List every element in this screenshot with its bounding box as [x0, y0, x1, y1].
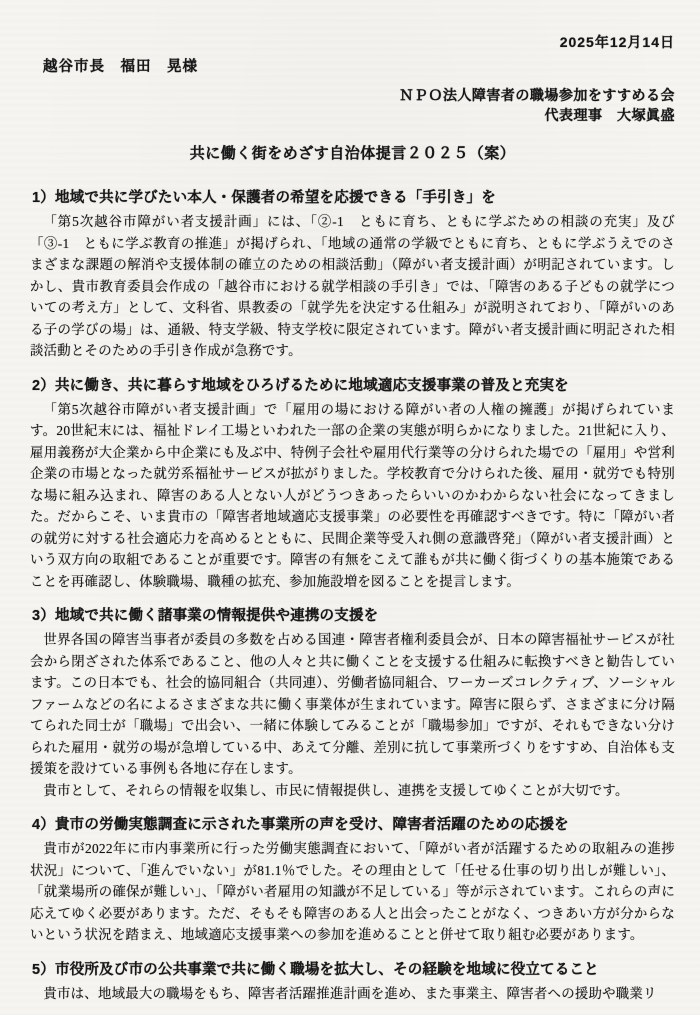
- document-title: 共に働く街をめざす自治体提言２０２５（案）: [30, 144, 675, 164]
- section-1-paragraph: 「第5次越谷市障がい者支援計画」には、「②-1 ともに育ち、ともに学ぶための相談…: [30, 211, 675, 362]
- section-2: 2）共に働き、共に暮らす地域をひろげるために地域適応支援事業の普及と充実を 「第…: [30, 376, 675, 593]
- recipient-name: 越谷市長 福田 晃様: [30, 58, 675, 76]
- section-5-heading: 5）市役所及び市の公共事業で共に働く職場を拡大し、その経験を地域に役立てること: [30, 960, 675, 981]
- section-3: 3）地域で共に働く諸事業の情報提供や連携の支援を 世界各国の障害当事者が委員の多…: [30, 606, 675, 801]
- section-5-paragraph: 貴市は、地域最大の職場をもち、障害者活躍推進計画を進め、また事業主、障害者への援…: [30, 983, 675, 1005]
- document-date: 2025年12月14日: [30, 33, 675, 51]
- section-4: 4）貴市の労働実態調査に示された事業所の声を受け、障害者活躍のための応援を 貴市…: [30, 815, 675, 946]
- section-5: 5）市役所及び市の公共事業で共に働く職場を拡大し、その経験を地域に役立てること …: [30, 960, 675, 1005]
- document-page: 2025年12月14日 越谷市長 福田 晃様 ＮＰＯ法人障害者の職場参加をすすめ…: [0, 0, 700, 1015]
- section-1: 1）地域で共に学びたい本人・保護者の希望を応援できる「手引き」を 「第5次越谷市…: [30, 188, 675, 362]
- sender-representative: 代表理事 大塚眞盛: [30, 105, 675, 125]
- section-4-paragraph: 貴市が2022年に市内事業所に行った労働実態調査において、「障がい者が活躍するた…: [30, 838, 675, 946]
- section-4-heading: 4）貴市の労働実態調査に示された事業所の声を受け、障害者活躍のための応援を: [30, 815, 675, 836]
- section-1-heading: 1）地域で共に学びたい本人・保護者の希望を応援できる「手引き」を: [30, 188, 675, 209]
- section-3-heading: 3）地域で共に働く諸事業の情報提供や連携の支援を: [30, 606, 675, 627]
- section-2-heading: 2）共に働き、共に暮らす地域をひろげるために地域適応支援事業の普及と充実を: [30, 376, 675, 397]
- sender-organization: ＮＰＯ法人障害者の職場参加をすすめる会: [30, 85, 675, 105]
- section-3-paragraph-2: 貴市として、それらの情報を収集し、市民に情報提供し、連携を支援してゆくことが大切…: [30, 780, 675, 802]
- section-2-paragraph: 「第5次越谷市障がい者支援計画」で「雇用の場における障がい者の人権の擁護」が掲げ…: [30, 399, 675, 593]
- section-3-paragraph-1: 世界各国の障害当事者が委員の多数を占める国連・障害者権利委員会が、日本の障害福祉…: [30, 629, 675, 780]
- sender-block: ＮＰＯ法人障害者の職場参加をすすめる会 代表理事 大塚眞盛: [30, 85, 675, 125]
